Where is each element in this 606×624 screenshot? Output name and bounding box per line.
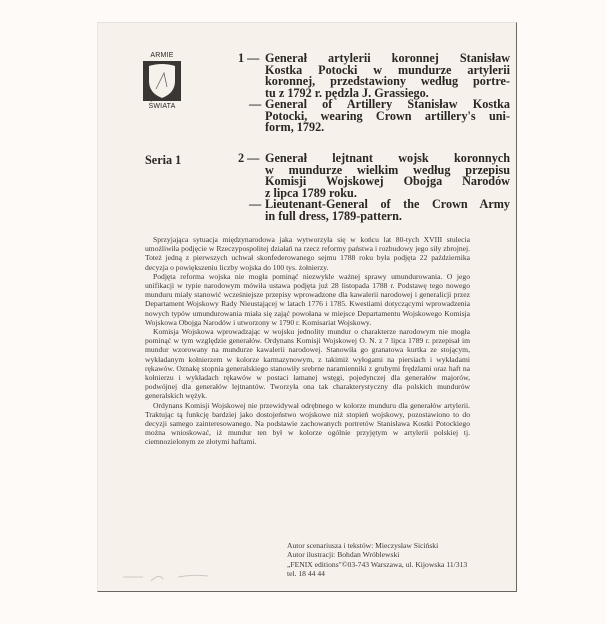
logo-bottom-label: ŚWIATA [142, 102, 182, 111]
polish-caption: Generał lejtnant wojsk koronnych w mundu… [265, 153, 510, 199]
logo-box [143, 61, 181, 101]
english-caption: — General of Artillery Stanisław Kostka … [249, 99, 510, 134]
history-text: Sprzyjająca sytuacja międzynarodowa jaka… [145, 235, 470, 447]
plate-number: 2 — [238, 153, 259, 165]
armie-swiata-logo: ARMIE ŚWIATA [142, 51, 182, 111]
credit-author: Autor scenariusza i tekstów: Mieczysław … [287, 541, 467, 550]
polish-caption: Generał artylerii koronnej Stanisław Kos… [265, 53, 510, 99]
english-caption: — Lieutenant-General of the Crown Army i… [249, 199, 510, 222]
series-label: Seria 1 [145, 153, 181, 168]
shield-icon [143, 61, 181, 101]
paragraph: Ordynans Komisji Wojskowej nie przewidyw… [145, 401, 470, 447]
paragraph: Komisja Wojskowa wprowadzając w wojsku j… [145, 327, 470, 401]
caption-line: form, 1792. [265, 122, 510, 134]
pencil-mark-icon [123, 571, 208, 583]
paragraph: Sprzyjająca sytuacja międzynarodowa jaka… [145, 235, 470, 272]
credit-illustrator: Autor ilustracji: Bohdan Wróblewski [287, 550, 467, 559]
paragraph: Podjęta reforma wojska nie mogła pominąć… [145, 272, 470, 327]
logo-top-label: ARMIE [142, 51, 182, 60]
credit-publisher: „FENIX editions"©03-743 Warszawa, ul. Ki… [287, 560, 467, 569]
caption-line: in full dress, 1789-pattern. [265, 211, 510, 223]
credit-phone: tel. 18 44 44 [287, 569, 467, 578]
plate-number: 1 — [238, 53, 259, 65]
postcard-back: ARMIE ŚWIATA 1 — Generał artylerii koron… [97, 22, 517, 592]
credits: Autor scenariusza i tekstów: Mieczysław … [287, 541, 467, 579]
